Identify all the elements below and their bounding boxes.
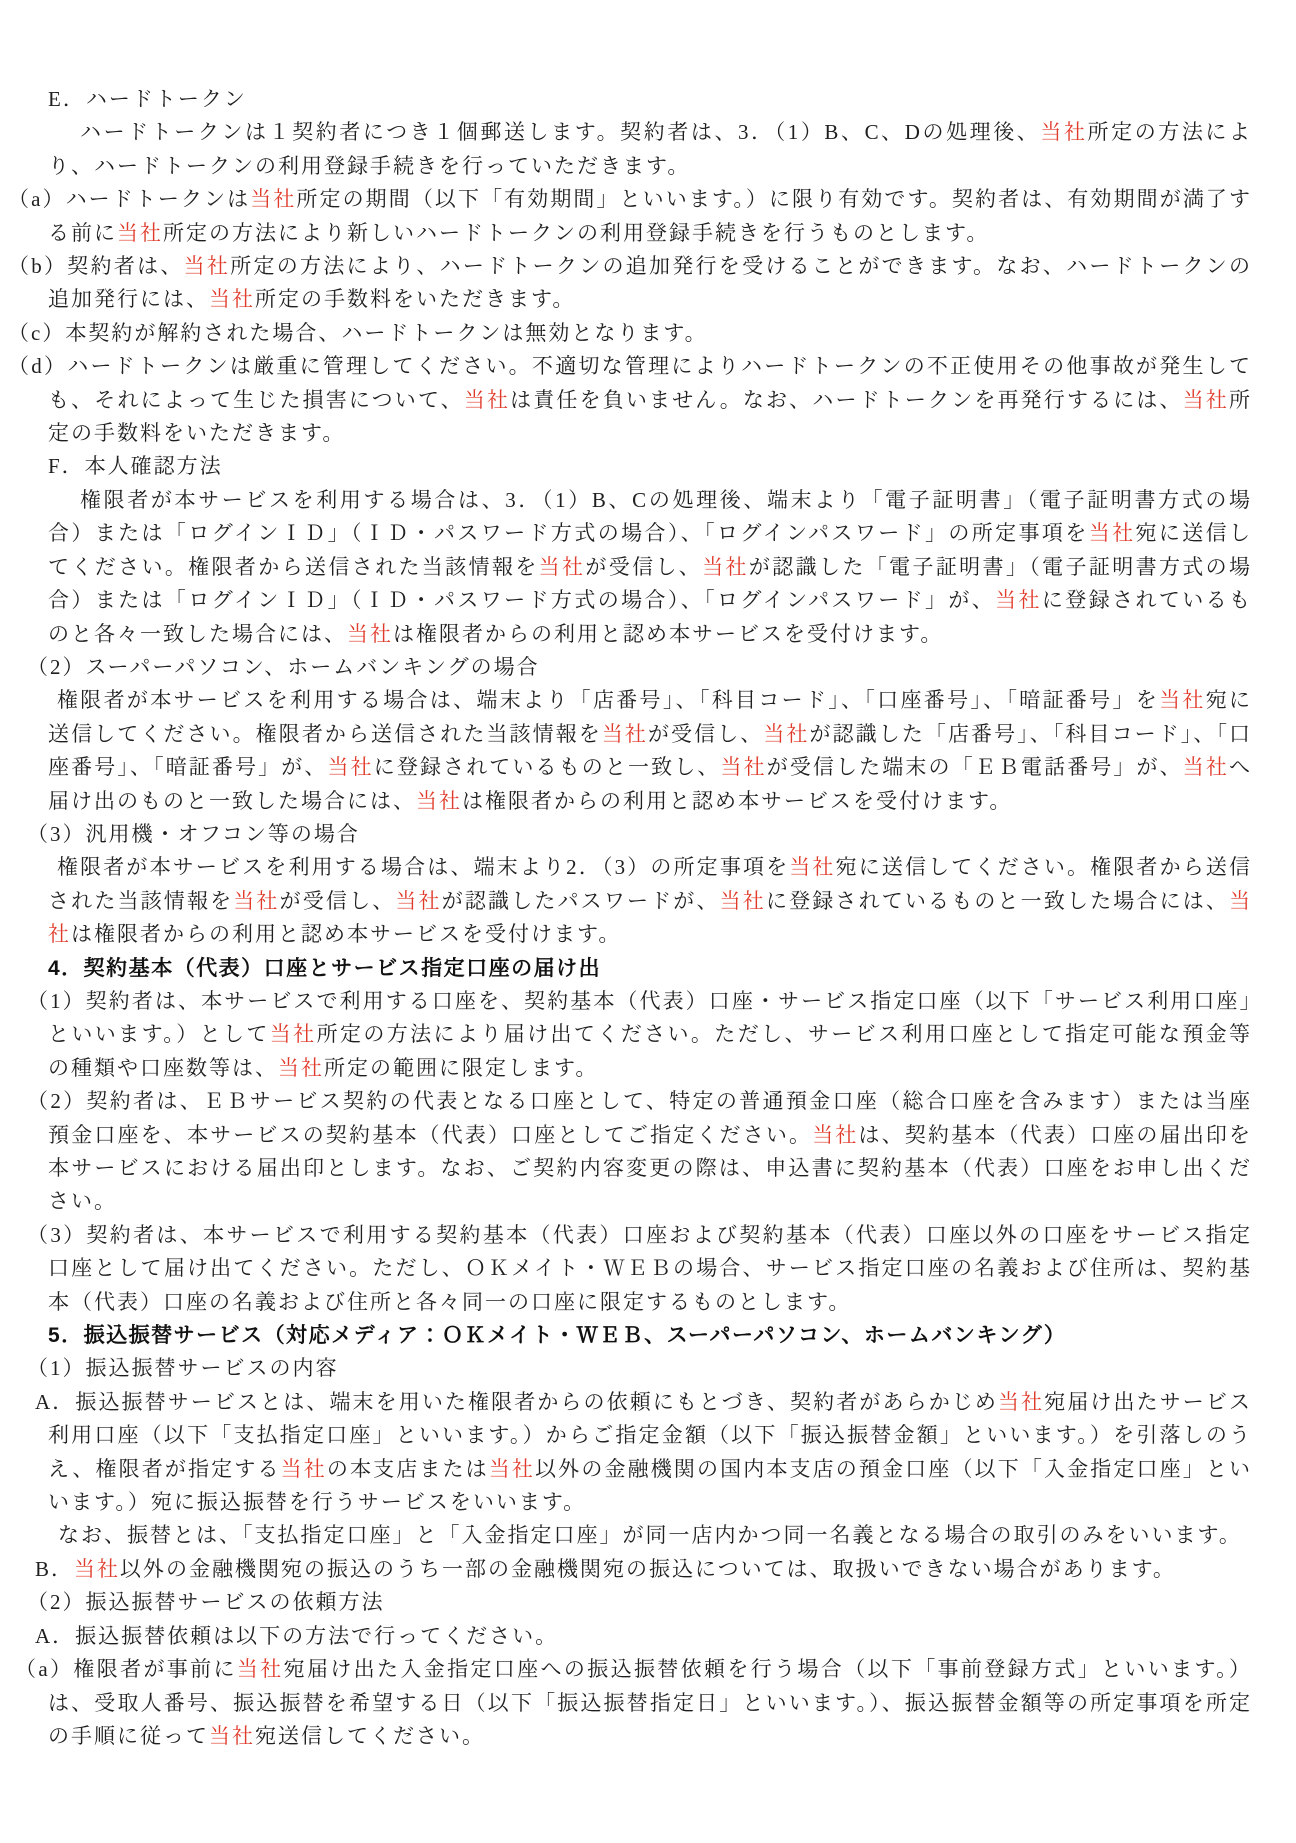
section-5-item-1-B: B．当社以外の金融機関宛の振込のうち一部の金融機関宛の振込については、取扱いでき… (48, 1553, 1252, 1586)
company-term-highlight: 当社 (278, 1056, 324, 1080)
text-run: 権限者が本サービスを利用する場合は、端末より「店番号」、「科目コード」、「口座番… (57, 688, 1159, 712)
text-run: （2）スーパーパソコン、ホームバンキングの場合 (27, 655, 540, 679)
company-term-highlight: 当社 (74, 1557, 120, 1581)
text-run: （2）振込振替サービスの依頼方法 (27, 1590, 385, 1614)
text-run: 権限者が本サービスを利用する場合は、端末より2．（3）の所定事項を (57, 855, 789, 879)
section-5-item-1-A: A．振込振替サービスとは、端末を用いた権限者からの依頼にもとづき、契約者があらか… (48, 1386, 1252, 1520)
text-run: 4．契約基本（代表）口座とサービス指定口座の届け出 (48, 957, 601, 980)
text-run: A．振込振替サービスとは、端末を用いた権限者からの依頼にもとづき、契約者があらか… (35, 1390, 998, 1414)
company-term-highlight: 当社 (1183, 755, 1229, 779)
section-5-item-2-a: （a）権限者が事前に当社宛届け出た入金指定口座への振込振替依頼を行う場合（以下「… (48, 1653, 1252, 1753)
text-run: 所定の範囲に限定します。 (324, 1056, 598, 1080)
company-term-highlight: 当社 (1040, 120, 1087, 144)
text-run: に登録されているものと一致し、 (374, 755, 721, 779)
company-term-highlight: 当社 (347, 622, 393, 646)
company-term-highlight: 当社 (237, 1657, 284, 1681)
company-term-highlight: 当社 (281, 1457, 327, 1481)
text-run: （c）本契約が解約された場合、ハードトークンは無効となります。 (8, 321, 708, 345)
company-term-highlight: 当社 (789, 855, 835, 879)
item-F-heading: F．本人確認方法 (48, 450, 1252, 483)
text-run: が受信し、 (585, 555, 702, 579)
item-3-heading: （3）汎用機・オフコン等の場合 (48, 818, 1252, 851)
company-term-highlight: 当社 (702, 555, 749, 579)
item-c: （c）本契約が解約された場合、ハードトークンは無効となります。 (48, 317, 1252, 350)
text-run: F．本人確認方法 (48, 454, 223, 478)
item-E-body: ハードトークンは１契約者につき１個郵送します。契約者は、3．（1）B、C、Dの処… (48, 116, 1252, 183)
text-run: は権限者からの利用と認め本サービスを受付けます。 (71, 922, 621, 946)
company-term-highlight: 当社 (1089, 521, 1136, 545)
company-term-highlight: 当社 (464, 388, 510, 412)
document-page: E．ハードトークンハードトークンは１契約者につき１個郵送します。契約者は、3．（… (0, 0, 1296, 1843)
text-run: は責任を負いません。なお、ハードトークンを再発行するには、 (510, 388, 1183, 412)
company-term-highlight: 当社 (720, 755, 766, 779)
company-term-highlight: 当社 (720, 889, 766, 913)
company-term-highlight: 当社 (209, 287, 255, 311)
text-run: （1）振込振替サービスの内容 (27, 1356, 339, 1380)
text-run: 所定の手数料をいただきます。 (255, 287, 575, 311)
company-term-highlight: 当社 (117, 221, 163, 245)
item-F-body: 権限者が本サービスを利用する場合は、3．（1）B、Cの処理後、端末より「電子証明… (48, 484, 1252, 651)
item-E-heading: E．ハードトークン (48, 83, 1252, 116)
text-run: 所定の方法により新しいハードトークンの利用登録手続きを行うものとします。 (163, 221, 989, 245)
section-5-heading: 5．振込振替サービス（対応メディア：ＯＫメイト・ＷＥＢ、スーパーパソコン、ホーム… (48, 1319, 1252, 1352)
section-4-item-2: （2）契約者は、ＥＢサービス契約の代表となる口座として、特定の普通預金口座（総合… (48, 1085, 1252, 1219)
company-term-highlight: 当社 (489, 1457, 535, 1481)
text-run: が受信し、 (280, 889, 396, 913)
section-4-heading: 4．契約基本（代表）口座とサービス指定口座の届け出 (48, 952, 1252, 985)
company-term-highlight: 当社 (233, 889, 279, 913)
text-run: （b）契約者は、 (8, 254, 184, 278)
text-run: （a）ハードトークンは (8, 187, 250, 211)
company-term-highlight: 当社 (539, 555, 586, 579)
section-4-item-3: （3）契約者は、本サービスで利用する契約基本（代表）口座および契約基本（代表）口… (48, 1219, 1252, 1319)
text-run: （3）契約者は、本サービスで利用する契約基本（代表）口座および契約基本（代表）口… (27, 1223, 1252, 1314)
text-run: の本支店または (327, 1457, 489, 1481)
company-term-highlight: 当社 (416, 789, 462, 813)
text-run: なお、振替とは、「支払指定口座」と「入金指定口座」が同一店内かつ同一名義となる場… (58, 1523, 1242, 1547)
text-run: 以外の金融機関宛の振込のうち一部の金融機関宛の振込については、取扱いできない場合… (120, 1557, 1176, 1581)
text-run: が受信した端末の「ＥＢ電話番号」が、 (767, 755, 1183, 779)
section-5-item-2-A: A．振込振替依頼は以下の方法で行ってください。 (48, 1620, 1252, 1653)
section-5-item-1-A-note: なお、振替とは、「支払指定口座」と「入金指定口座」が同一店内かつ同一名義となる場… (48, 1519, 1252, 1552)
company-term-highlight: 当社 (998, 1390, 1044, 1414)
text-run: が認識したパスワードが、 (442, 889, 720, 913)
text-run: は権限者からの利用と認め本サービスを受付けます。 (462, 789, 1012, 813)
company-term-highlight: 当社 (209, 1724, 255, 1748)
section-5-item-2-heading: （2）振込振替サービスの依頼方法 (48, 1586, 1252, 1619)
text-run: B． (35, 1557, 74, 1581)
document-content: E．ハードトークンハードトークンは１契約者につき１個郵送します。契約者は、3．（… (0, 83, 1296, 1753)
company-term-highlight: 当社 (602, 722, 648, 746)
text-run: （3）汎用機・オフコン等の場合 (27, 822, 360, 846)
item-2-heading: （2）スーパーパソコン、ホームバンキングの場合 (48, 651, 1252, 684)
text-run: E．ハードトークン (48, 87, 247, 111)
text-run: （a）権限者が事前に (15, 1657, 237, 1681)
company-term-highlight: 当社 (1183, 388, 1229, 412)
text-run: が受信し、 (648, 722, 763, 746)
text-run: A．振込振替依頼は以下の方法で行ってください。 (35, 1624, 558, 1648)
text-run: に登録されているものと一致した場合には、 (766, 889, 1229, 913)
company-term-highlight: 当社 (328, 755, 374, 779)
text-run: 宛送信してください。 (255, 1724, 485, 1748)
company-term-highlight: 当社 (270, 1022, 317, 1046)
item-d: （d）ハードトークンは厳重に管理してください。不適切な管理によりハードトークンの… (48, 350, 1252, 450)
company-term-highlight: 当社 (250, 187, 296, 211)
company-term-highlight: 当社 (184, 254, 231, 278)
text-run: ハードトークンは１契約者につき１個郵送します。契約者は、3．（1）B、C、Dの処… (80, 120, 1040, 144)
item-a: （a）ハードトークンは当社所定の期間（以下「有効期間」といいます。）に限り有効で… (48, 183, 1252, 250)
section-4-item-1: （1）契約者は、本サービスで利用する口座を、契約基本（代表）口座・サービス指定口… (48, 985, 1252, 1085)
text-run: 権限者が本サービスを利用する場合は、3．（1）B、Cの処理後、端末より「電子証明… (48, 488, 1252, 545)
company-term-highlight: 当社 (763, 722, 809, 746)
item-3-body: 権限者が本サービスを利用する場合は、端末より2．（3）の所定事項を当社宛に送信し… (48, 851, 1252, 951)
company-term-highlight: 当社 (812, 1123, 858, 1147)
item-2-body: 権限者が本サービスを利用する場合は、端末より「店番号」、「科目コード」、「口座番… (48, 684, 1252, 818)
company-term-highlight: 当社 (395, 889, 441, 913)
company-term-highlight: 当社 (1159, 688, 1206, 712)
item-b: （b）契約者は、当社所定の方法により、ハードトークンの追加発行を受けることができ… (48, 250, 1252, 317)
company-term-highlight: 当社 (995, 588, 1042, 612)
section-5-item-1-heading: （1）振込振替サービスの内容 (48, 1352, 1252, 1385)
text-run: 5．振込振替サービス（対応メディア：ＯＫメイト・ＷＥＢ、スーパーパソコン、ホーム… (48, 1324, 1066, 1347)
text-run: は権限者からの利用と認め本サービスを受付けます。 (393, 622, 943, 646)
